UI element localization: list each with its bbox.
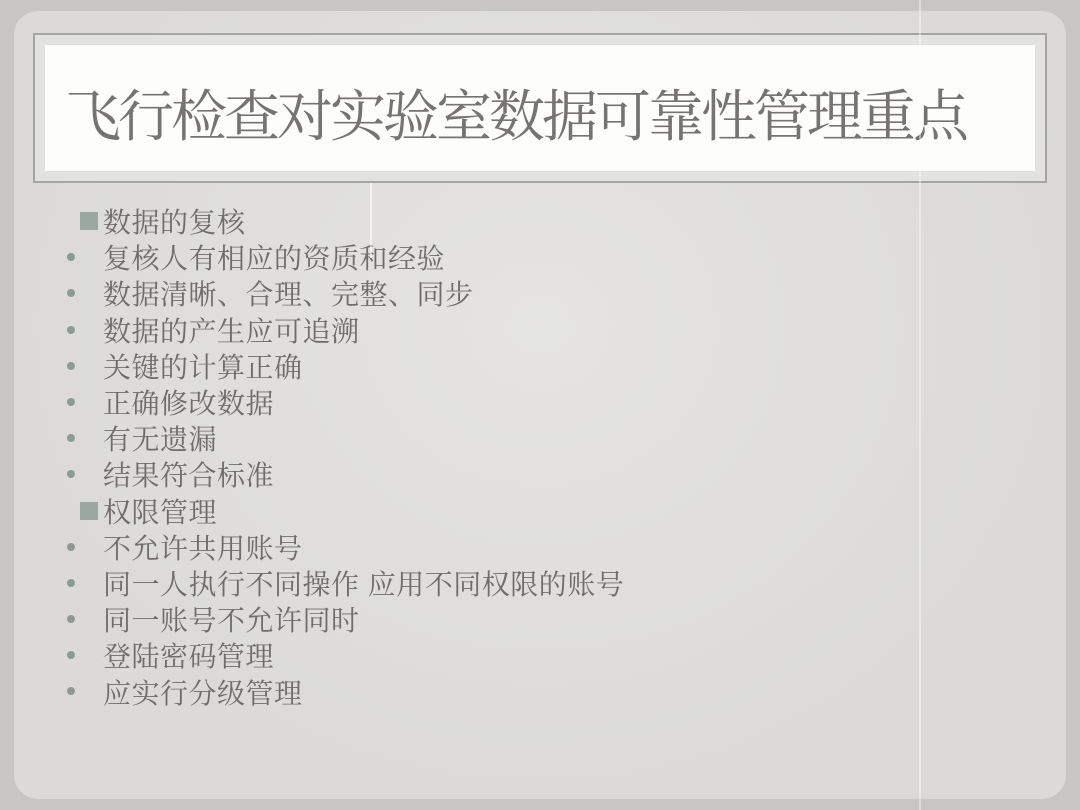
slide-title: 飞行检查对实验室数据可靠性管理重点 [35,63,966,153]
list-item: 登陆密码管理 [14,637,1054,673]
list-item-text: 有无遗漏 [103,418,217,458]
dot-bullet-icon [67,289,75,297]
list-item: 数据的产生应可追溯 [14,312,1054,348]
list-item-text: 数据清晰、合理、完整、同步 [103,273,474,313]
list-item: 不允许共用账号 [14,529,1054,565]
list-item: 应实行分级管理 [14,673,1054,709]
list-item-text: 同一人执行不同操作 应用不同权限的账号 [103,563,624,603]
list-item-text: 不允许共用账号 [103,527,303,567]
dot-bullet-icon [67,651,75,659]
square-bullet-icon [80,502,98,520]
square-bullet-icon [80,212,98,230]
list-item: 数据的复核 [14,203,1054,239]
list-item-text: 正确修改数据 [103,382,274,422]
dot-bullet-icon [67,253,75,261]
list-item-text: 关键的计算正确 [103,346,303,386]
title-box: 飞行检查对实验室数据可靠性管理重点 [33,33,1047,183]
list-item: 权限管理 [14,493,1054,529]
bullet-list: 数据的复核 复核人有相应的资质和经验 数据清晰、合理、完整、同步 数据的产生应可… [14,203,1054,710]
list-item-text: 同一账号不允许同时 [103,599,360,639]
list-item-text: 应实行分级管理 [103,672,303,712]
list-item-text: 权限管理 [103,491,217,531]
slide: 飞行检查对实验室数据可靠性管理重点 数据的复核 复核人有相应的资质和经验 数据清… [14,11,1066,799]
list-item: 结果符合标准 [14,456,1054,492]
list-item-text: 数据的复核 [103,201,246,241]
dot-bullet-icon [67,326,75,334]
photo-background: 飞行检查对实验室数据可靠性管理重点 数据的复核 复核人有相应的资质和经验 数据清… [0,0,1080,810]
list-item: 关键的计算正确 [14,348,1054,384]
dot-bullet-icon [67,579,75,587]
dot-bullet-icon [67,687,75,695]
list-item: 有无遗漏 [14,420,1054,456]
dot-bullet-icon [67,398,75,406]
dot-bullet-icon [67,615,75,623]
list-item: 数据清晰、合理、完整、同步 [14,275,1054,311]
list-item-text: 复核人有相应的资质和经验 [103,237,445,277]
dot-bullet-icon [67,362,75,370]
list-item: 复核人有相应的资质和经验 [14,239,1054,275]
list-item: 同一账号不允许同时 [14,601,1054,637]
list-item-text: 登陆密码管理 [103,635,274,675]
dot-bullet-icon [67,434,75,442]
list-item-text: 结果符合标准 [103,454,274,494]
list-item-text: 数据的产生应可追溯 [103,310,360,350]
dot-bullet-icon [67,543,75,551]
dot-bullet-icon [67,470,75,478]
list-item: 同一人执行不同操作 应用不同权限的账号 [14,565,1054,601]
list-item: 正确修改数据 [14,384,1054,420]
